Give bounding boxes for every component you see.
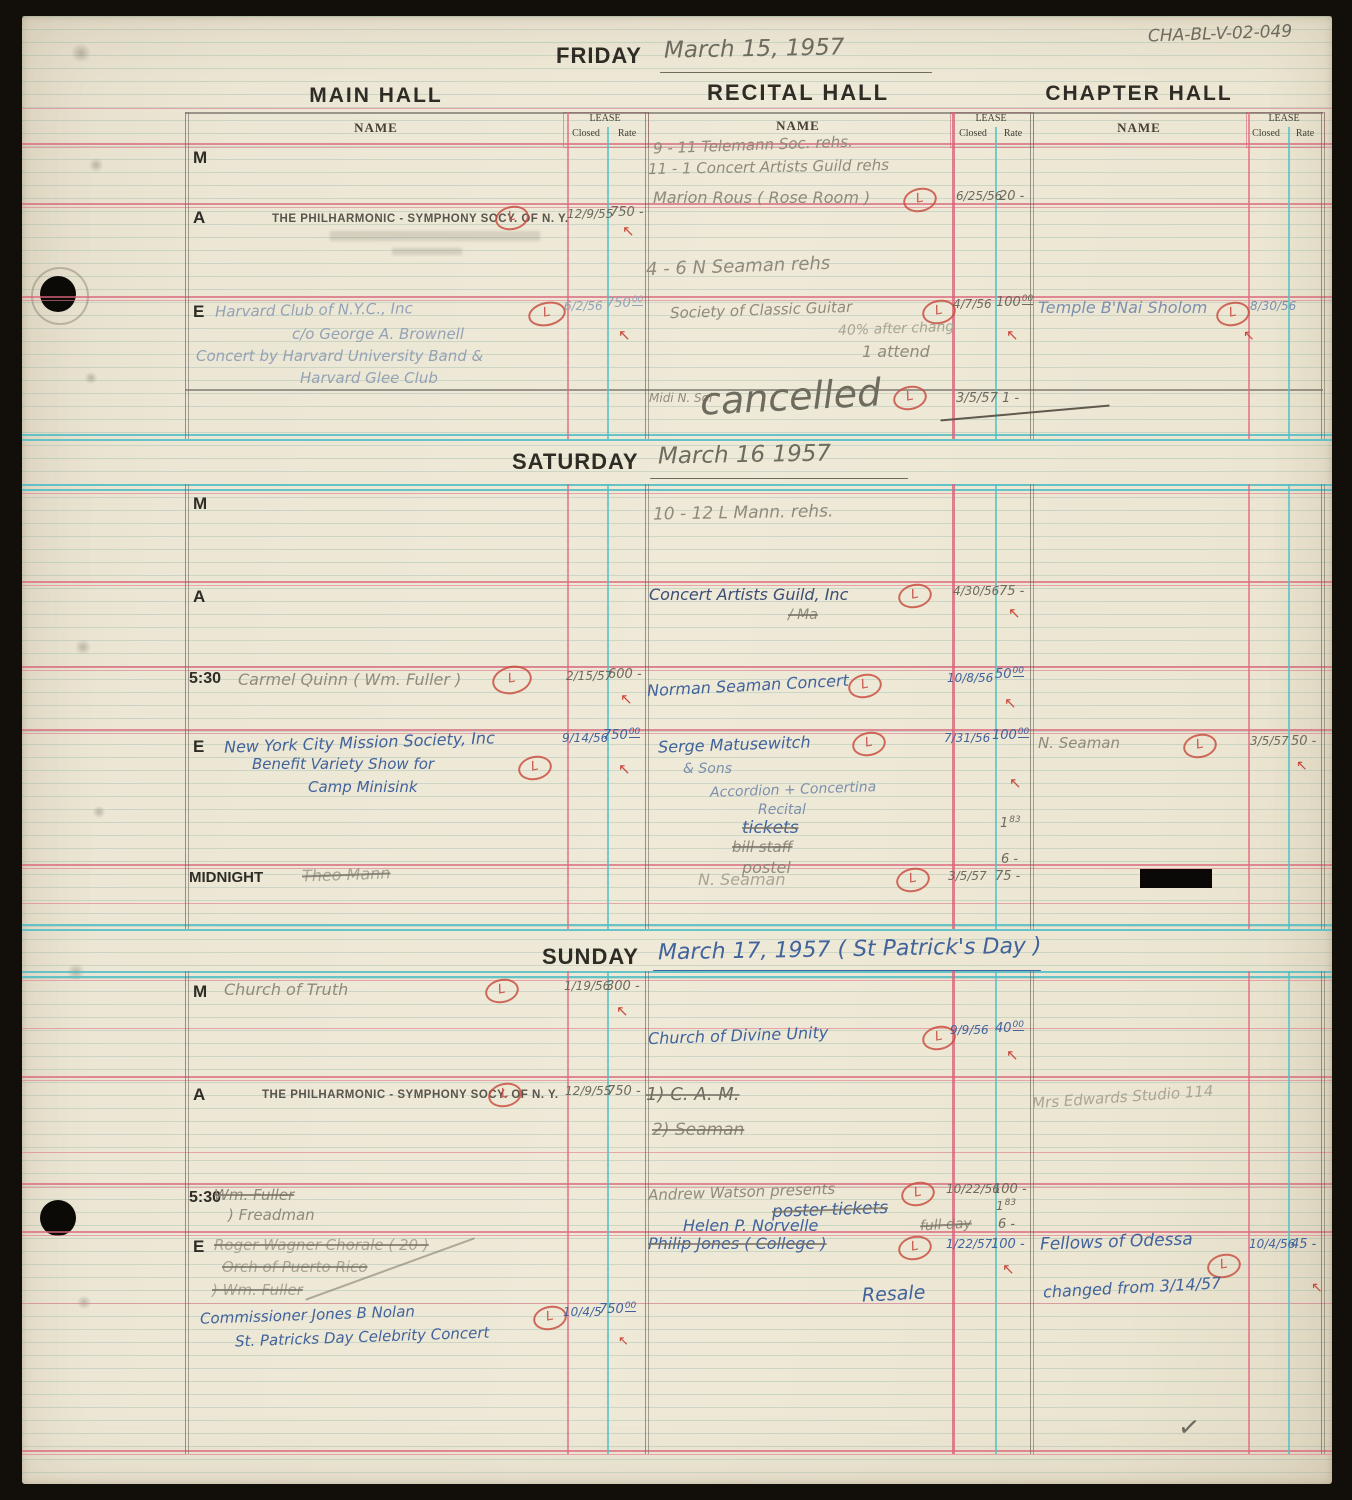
saturday-recital-midnight-name: N. Seaman bbox=[698, 872, 785, 889]
day-title-saturday: SATURDAY bbox=[512, 450, 639, 473]
column-line bbox=[607, 484, 609, 929]
section-divider bbox=[22, 924, 1332, 926]
sunday-chapter-e-rate: 45 - bbox=[1291, 1238, 1316, 1252]
red-arrow-mark: ↖ bbox=[1311, 1280, 1323, 1295]
saturday-recital-e-amount2: 6 - bbox=[1001, 853, 1018, 867]
friday-main-e-rate: 75000 bbox=[606, 297, 643, 311]
red-arrow-mark: ↖ bbox=[622, 224, 635, 240]
column-line bbox=[185, 484, 186, 929]
column-line bbox=[607, 971, 609, 1454]
sunday-recital-m-closed: 9/9/56 bbox=[950, 1024, 989, 1037]
row-line bbox=[22, 980, 1332, 981]
rate-cents: 00 bbox=[625, 1301, 636, 1312]
saturday-main-530-closed: 2/15/57 bbox=[566, 670, 612, 683]
friday-recital-late-rate: 1 - bbox=[1002, 392, 1019, 406]
column-line bbox=[645, 971, 646, 1454]
saturday-chapter-e-rate: 50 - bbox=[1291, 735, 1316, 749]
col-header-lease-chapter: LEASE bbox=[1268, 114, 1299, 125]
sunday-chapter-e-closed: 10/4/56 bbox=[1249, 1238, 1295, 1251]
sunday-main-m-rate: 300 - bbox=[606, 980, 640, 994]
section-divider bbox=[22, 929, 1332, 931]
sunday-recital-530-note2: Helen P. Norvelle bbox=[683, 1218, 818, 1235]
row-label-m: M bbox=[193, 149, 207, 167]
sunday-main-late-rate: 75000 bbox=[599, 1303, 636, 1317]
row-label-midnight: MIDNIGHT bbox=[189, 870, 263, 886]
sunday-recital-530-note3: full day bbox=[920, 1217, 972, 1234]
scanned-ledger-page: CHA-BL-V-02-049 FRIDAY March 15, 1957 MA… bbox=[0, 0, 1352, 1500]
friday-recital-m-name: Marion Rous ( Rose Room ) bbox=[653, 190, 870, 207]
cancelled-scrawl: cancelled bbox=[699, 373, 882, 422]
saturday-recital-530-rate: 5000 bbox=[995, 668, 1024, 682]
rate-cents: 00 bbox=[1013, 666, 1024, 677]
sunday-recital-530-amount2: 6 - bbox=[998, 1218, 1015, 1232]
rate-value: 50 bbox=[995, 667, 1012, 682]
friday-recital-e-closed: 4/7/56 bbox=[953, 298, 992, 311]
sunday-main-m-name: Church of Truth bbox=[224, 982, 348, 999]
row-label-e: E bbox=[193, 738, 204, 756]
red-arrow-mark: ↖ bbox=[1004, 696, 1017, 712]
col-header-rate-main: Rate bbox=[618, 129, 636, 140]
column-line bbox=[1248, 484, 1250, 929]
saturday-main-530-name: Carmel Quinn ( Wm. Fuller ) bbox=[238, 672, 461, 689]
red-arrow-mark: ↖ bbox=[618, 1334, 629, 1348]
column-line bbox=[567, 112, 569, 439]
column-line bbox=[1288, 484, 1290, 929]
column-line bbox=[1288, 127, 1290, 439]
column-line bbox=[952, 484, 955, 929]
rate-value: 40 bbox=[995, 1021, 1012, 1036]
sunday-main-530-line2: ) Freadman bbox=[228, 1208, 315, 1224]
saturday-main-e-line3: Camp Minisink bbox=[308, 780, 418, 796]
red-arrow-mark: ↖ bbox=[1009, 776, 1022, 792]
row-line bbox=[22, 666, 1332, 668]
sunday-recital-m-rate: 4000 bbox=[995, 1022, 1024, 1036]
sunday-recital-530-closed: 10/22/56 bbox=[946, 1183, 1000, 1196]
saturday-main-e-rate: 75000 bbox=[603, 729, 640, 743]
rate-cents: 00 bbox=[1022, 294, 1033, 305]
sunday-main-e-line2: Orch of Puerto Rico bbox=[222, 1260, 368, 1276]
rate-cents: 00 bbox=[1018, 727, 1029, 738]
friday-recital-e-rate: 10000 bbox=[996, 296, 1033, 310]
saturday-chapter-e-closed: 3/5/57 bbox=[1250, 735, 1289, 748]
pencil-check-mark: ✓ bbox=[1176, 1414, 1201, 1444]
row-line bbox=[22, 903, 1332, 904]
rate-value: 750 bbox=[599, 1302, 624, 1317]
hall-title-recital: RECITAL HALL bbox=[707, 81, 889, 104]
saturday-recital-e-line2: & Sons bbox=[683, 762, 732, 777]
saturday-recital-midnight-closed: 3/5/57 bbox=[948, 870, 987, 883]
table-top-line bbox=[185, 112, 1323, 114]
saturday-main-e-line2: Benefit Variety Show for bbox=[252, 757, 434, 773]
faded-stamp-impression bbox=[330, 231, 540, 241]
row-label-m: M bbox=[193, 983, 207, 1001]
saturday-main-e-closed: 9/14/56 bbox=[562, 732, 608, 745]
column-line bbox=[1030, 484, 1031, 929]
hall-title-main: MAIN HALL bbox=[309, 85, 442, 107]
sunday-main-530-line1: Wm. Fuller bbox=[214, 1188, 294, 1204]
friday-main-e-line2: c/o George A. Brownell bbox=[292, 327, 464, 343]
amount-cents: 83 bbox=[1009, 815, 1020, 825]
column-line bbox=[1248, 971, 1250, 1454]
day-title-friday: FRIDAY bbox=[556, 44, 642, 67]
saturday-recital-e-line4: Recital bbox=[758, 803, 806, 818]
red-arrow-mark: ↖ bbox=[1002, 1262, 1015, 1278]
date-friday: March 15, 1957 bbox=[664, 35, 845, 62]
friday-main-e-line3: Concert by Harvard University Band & bbox=[196, 349, 483, 365]
column-line bbox=[607, 127, 609, 439]
faded-stamp-impression bbox=[392, 248, 462, 255]
column-line bbox=[567, 971, 569, 1454]
red-arrow-mark: ↖ bbox=[616, 1004, 629, 1020]
red-arrow-mark: ↖ bbox=[1008, 606, 1021, 622]
row-line bbox=[22, 1303, 1332, 1304]
row-line bbox=[22, 1152, 1332, 1153]
sunday-recital-e-note: Resale bbox=[862, 1283, 926, 1306]
saturday-recital-530-closed: 10/8/56 bbox=[947, 672, 993, 685]
day-title-sunday: SUNDAY bbox=[542, 945, 639, 968]
rate-value: 100 bbox=[992, 728, 1017, 743]
column-line bbox=[645, 484, 646, 929]
rate-cents: 00 bbox=[1013, 1020, 1024, 1031]
saturday-recital-e-bill: bill staff bbox=[732, 840, 793, 856]
friday-chapter-e-closed: 8/30/56 bbox=[1250, 300, 1296, 313]
saturday-chapter-e-name: N. Seaman bbox=[1038, 736, 1120, 752]
col-header-rate-chapter: Rate bbox=[1296, 129, 1314, 140]
sunday-main-late-closed: 10/4/5 bbox=[563, 1306, 602, 1319]
amount-cents: 83 bbox=[1005, 1198, 1016, 1208]
column-line bbox=[185, 971, 186, 1454]
smudge bbox=[84, 372, 98, 384]
row-label-m: M bbox=[193, 495, 207, 513]
column-line bbox=[1248, 112, 1250, 439]
saturday-main-530-rate: 600 - bbox=[608, 668, 642, 682]
sunday-main-e-line3: ) Wm. Fuller bbox=[212, 1283, 303, 1299]
row-line bbox=[22, 864, 1332, 866]
friday-main-a-closed: 12/9/55 bbox=[567, 208, 613, 221]
row-line bbox=[22, 581, 1332, 583]
hall-title-chapter: CHAPTER HALL bbox=[1045, 83, 1232, 105]
red-arrow-mark: ↖ bbox=[1296, 758, 1308, 773]
col-header-name-main: NAME bbox=[354, 121, 398, 135]
smudge bbox=[70, 44, 92, 62]
section-divider bbox=[22, 489, 1332, 491]
red-arrow-mark: ↖ bbox=[620, 692, 633, 708]
amount-value: 1 bbox=[996, 1199, 1004, 1213]
section-divider bbox=[22, 434, 1332, 436]
saturday-recital-a-name: Concert Artists Guild, Inc bbox=[649, 587, 848, 604]
row-line bbox=[22, 1450, 1332, 1452]
red-arrow-mark: ↖ bbox=[618, 762, 631, 778]
friday-main-e-name: Harvard Club of N.Y.C., Inc bbox=[215, 301, 413, 320]
saturday-recital-rehearsal: 10 - 12 L Mann. rehs. bbox=[653, 503, 834, 524]
row-line bbox=[22, 733, 1332, 734]
sunday-recital-e-closed: 1/22/57 bbox=[946, 1238, 992, 1251]
sunday-main-e-line1: Roger Wagner Chorale ( 20 ) bbox=[214, 1238, 429, 1254]
friday-recital-late-closed: 3/5/57 bbox=[956, 392, 998, 406]
sunday-recital-530-rate: 100 - bbox=[993, 1183, 1027, 1197]
row-label-e: E bbox=[193, 303, 204, 321]
red-arrow-mark: ↖ bbox=[618, 328, 631, 344]
friday-chapter-e-name: Temple B'Nai Sholom bbox=[1038, 300, 1207, 317]
col-header-closed-chapter: Closed bbox=[1252, 129, 1280, 140]
red-arrow-mark: ↖ bbox=[1243, 328, 1255, 343]
sunday-recital-e-rate: 100 - bbox=[991, 1238, 1025, 1252]
row-line bbox=[22, 1076, 1332, 1078]
row-label-a: A bbox=[193, 1086, 205, 1104]
sunday-recital-530-amount1: 183 bbox=[996, 1200, 1016, 1213]
column-line bbox=[1030, 112, 1031, 439]
saturday-recital-a-rate: 75 - bbox=[999, 585, 1024, 599]
section-divider bbox=[22, 484, 1332, 486]
rate-cents: 00 bbox=[629, 727, 640, 738]
row-line bbox=[22, 493, 1332, 494]
smudge bbox=[92, 806, 106, 818]
sunday-main-a-rate: 750 - bbox=[607, 1085, 641, 1099]
sunday-recital-e-name: Philip Jones ( College ) bbox=[648, 1236, 827, 1253]
col-header-rate-recital: Rate bbox=[1004, 129, 1022, 140]
saturday-recital-a-closed: 4/30/56 bbox=[953, 585, 999, 598]
smudge bbox=[74, 640, 92, 654]
row-line bbox=[22, 108, 1332, 109]
sunday-main-m-closed: 1/19/56 bbox=[564, 980, 610, 993]
saturday-recital-a-scribble: / Ma bbox=[788, 608, 818, 623]
col-header-closed-recital: Closed bbox=[959, 129, 987, 140]
column-line bbox=[185, 112, 186, 439]
col-header-name-chapter: NAME bbox=[1117, 121, 1161, 135]
friday-main-a-rate: 750 - bbox=[610, 206, 644, 220]
red-arrow-mark: ↖ bbox=[1006, 328, 1019, 344]
row-label-530: 5:30 bbox=[189, 671, 221, 688]
saturday-recital-e-closed: 7/31/56 bbox=[944, 732, 990, 745]
date-saturday: March 16 1957 bbox=[658, 441, 831, 468]
rate-value: 100 bbox=[996, 295, 1021, 310]
row-line bbox=[22, 1454, 1332, 1455]
col-header-closed-main: Closed bbox=[572, 129, 600, 140]
row-label-a: A bbox=[193, 209, 205, 227]
friday-recital-e-note2: 1 attend bbox=[862, 344, 930, 361]
column-line bbox=[952, 112, 955, 439]
col-header-name-recital: NAME bbox=[776, 119, 820, 133]
section-divider bbox=[22, 971, 1332, 973]
sunday-recital-a-line2: 2) Seaman bbox=[652, 1122, 744, 1140]
friday-main-e-line4: Harvard Glee Club bbox=[300, 371, 438, 387]
friday-recital-m-rate: 20 - bbox=[999, 190, 1024, 204]
column-line bbox=[1288, 971, 1290, 1454]
saturday-recital-e-amount1: 183 bbox=[1000, 817, 1021, 831]
section-divider bbox=[22, 976, 1332, 978]
sunday-recital-a-line1: 1) C. A. M. bbox=[646, 1086, 740, 1105]
rate-cents: 00 bbox=[632, 295, 643, 306]
row-line bbox=[22, 1080, 1332, 1081]
friday-main-e-closed: 6/2/56 bbox=[564, 300, 603, 313]
section-divider bbox=[22, 439, 1332, 441]
rate-value: 750 bbox=[606, 296, 631, 311]
rate-value: 750 bbox=[603, 728, 628, 743]
smudge bbox=[88, 158, 104, 172]
column-line bbox=[995, 484, 997, 929]
saturday-main-midnight-scribble: Theo Mann bbox=[302, 865, 391, 885]
row-line bbox=[22, 207, 1332, 208]
col-header-lease-main: LEASE bbox=[589, 114, 620, 125]
saturday-recital-e-tickets: tickets bbox=[742, 820, 799, 838]
column-line bbox=[567, 484, 569, 929]
column-line bbox=[1321, 112, 1322, 439]
column-line bbox=[1321, 484, 1322, 929]
friday-recital-m-closed: 6/25/56 bbox=[956, 190, 1002, 203]
row-label-a: A bbox=[193, 588, 205, 606]
saturday-recital-e-rate: 10000 bbox=[992, 729, 1029, 743]
saturday-recital-midnight-rate: 75 - bbox=[995, 870, 1020, 884]
redaction-box bbox=[1140, 869, 1212, 888]
sunday-main-a-closed: 12/9/55 bbox=[565, 1085, 611, 1098]
row-label-e: E bbox=[193, 1238, 204, 1256]
punch-hole-top bbox=[40, 276, 76, 312]
amount-value: 1 bbox=[1000, 816, 1008, 831]
col-header-lease-recital: LEASE bbox=[975, 114, 1006, 125]
column-line bbox=[1030, 971, 1031, 1454]
row-line bbox=[22, 729, 1332, 731]
red-arrow-mark: ↖ bbox=[1006, 1048, 1019, 1064]
column-line bbox=[1321, 971, 1322, 1454]
